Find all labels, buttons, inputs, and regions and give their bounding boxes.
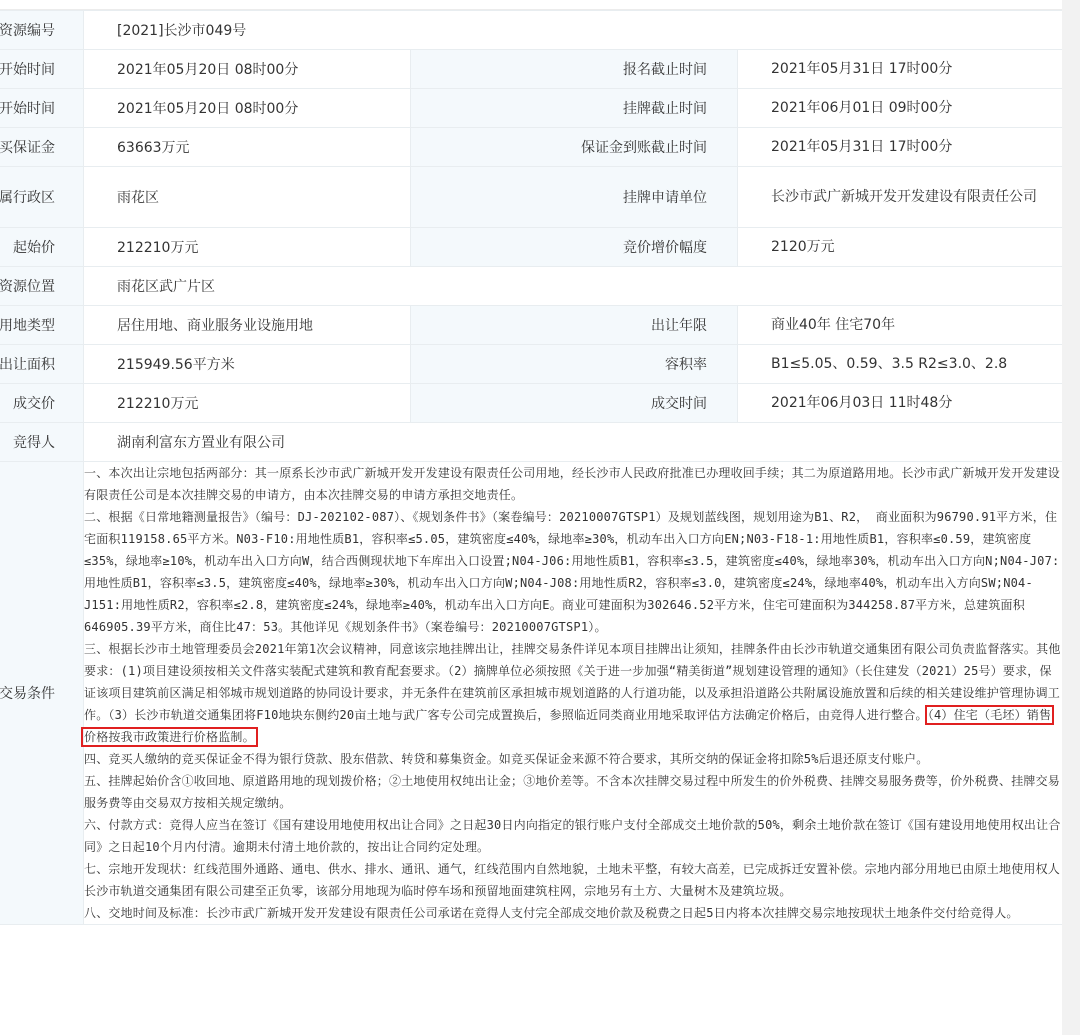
- condition-1: 一、本次出让宗地包括两部分：其一原系长沙市武广新城开发开发建设有限责任公司用地，…: [84, 462, 1062, 506]
- label-far: 容积率: [411, 345, 738, 384]
- label-deposit-deadline: 保证金到账截止时间: [411, 128, 738, 167]
- value-district: 雨花区: [84, 167, 411, 228]
- value-bid-deadline: 2021年05月31日 17时00分: [738, 50, 1063, 89]
- row-bid-start: 开始时间 2021年05月20日 08时00分 报名截止时间 2021年05月3…: [0, 50, 1063, 89]
- row-start-price: 起始价 212210万元 竞价增价幅度 2120万元: [0, 228, 1063, 267]
- condition-2: 二、根据《日常地籍测量报告》（编号：DJ-202102-087）、《规划条件书》…: [84, 506, 1062, 638]
- label-increment: 竞价增价幅度: [411, 228, 738, 267]
- label-list-start: 开始时间: [0, 89, 84, 128]
- scrollbar[interactable]: [1062, 0, 1080, 1035]
- label-location: 资源位置: [0, 267, 84, 306]
- value-winner: 湖南利富东方置业有限公司: [84, 423, 1063, 462]
- condition-3-text: 三、根据长沙市土地管理委员会2021年第1次会议精神，同意该宗地挂牌出让，挂牌交…: [84, 642, 1061, 722]
- label-area: 出让面积: [0, 345, 84, 384]
- condition-7: 七、宗地开发现状：红线范围外通路、通电、供水、排水、通讯、通气，红线范围内自然地…: [84, 858, 1062, 902]
- label-term: 出让年限: [411, 306, 738, 345]
- conditions-text: 一、本次出让宗地包括两部分：其一原系长沙市武广新城开发开发建设有限责任公司用地，…: [84, 462, 1063, 925]
- row-deal-price: 成交价 212210万元 成交时间 2021年06月03日 11时48分: [0, 384, 1063, 423]
- value-deposit: 63663万元: [84, 128, 411, 167]
- label-deposit: 买保证金: [0, 128, 84, 167]
- value-deal-time: 2021年06月03日 11时48分: [738, 384, 1063, 423]
- label-winner: 竞得人: [0, 423, 84, 462]
- row-land-type: 用地类型 居住用地、商业服务业设施用地 出让年限 商业40年 住宅70年: [0, 306, 1063, 345]
- condition-6: 六、付款方式：竞得人应当在签订《国有建设用地使用权出让合同》之日起30日内向指定…: [84, 814, 1062, 858]
- row-resource-no: 资源编号 [2021]长沙市049号: [0, 11, 1063, 50]
- row-deposit: 买保证金 63663万元 保证金到账截止时间 2021年05月31日 17时00…: [0, 128, 1063, 167]
- label-deal-price: 成交价: [0, 384, 84, 423]
- value-bid-start: 2021年05月20日 08时00分: [84, 50, 411, 89]
- label-resource-no: 资源编号: [0, 11, 84, 50]
- condition-5: 五、挂牌起始价含①收回地、原道路用地的现划拨价格；②土地使用权纯出让金；③地价差…: [84, 770, 1062, 814]
- value-list-deadline: 2021年06月01日 09时00分: [738, 89, 1063, 128]
- label-land-type: 用地类型: [0, 306, 84, 345]
- value-term: 商业40年 住宅70年: [738, 306, 1063, 345]
- value-location: 雨花区武广片区: [84, 267, 1063, 306]
- value-land-type: 居住用地、商业服务业设施用地: [84, 306, 411, 345]
- label-applicant: 挂牌申请单位: [411, 167, 738, 228]
- row-area: 出让面积 215949.56平方米 容积率 B1≤5.05、0.59、3.5 R…: [0, 345, 1063, 384]
- label-bid-deadline: 报名截止时间: [411, 50, 738, 89]
- row-list-start: 开始时间 2021年05月20日 08时00分 挂牌截止时间 2021年06月0…: [0, 89, 1063, 128]
- condition-3: 三、根据长沙市土地管理委员会2021年第1次会议精神，同意该宗地挂牌出让，挂牌交…: [84, 638, 1062, 748]
- condition-8: 八、交地时间及标准：长沙市武广新城开发开发建设有限责任公司承诺在竞得人支付完全部…: [84, 902, 1062, 924]
- label-district: 属行政区: [0, 167, 84, 228]
- value-applicant: 长沙市武广新城开发开发建设有限责任公司: [738, 167, 1063, 228]
- row-winner: 竞得人 湖南利富东方置业有限公司: [0, 423, 1063, 462]
- row-conditions: 交易条件 一、本次出让宗地包括两部分：其一原系长沙市武广新城开发开发建设有限责任…: [0, 462, 1063, 925]
- land-info-table: 资源编号 [2021]长沙市049号 开始时间 2021年05月20日 08时0…: [0, 10, 1063, 925]
- label-conditions: 交易条件: [0, 462, 84, 925]
- label-list-deadline: 挂牌截止时间: [411, 89, 738, 128]
- value-resource-no: [2021]长沙市049号: [84, 11, 1063, 50]
- value-area: 215949.56平方米: [84, 345, 411, 384]
- value-start-price: 212210万元: [84, 228, 411, 267]
- value-deposit-deadline: 2021年05月31日 17时00分: [738, 128, 1063, 167]
- label-bid-start: 开始时间: [0, 50, 84, 89]
- label-start-price: 起始价: [0, 228, 84, 267]
- row-district: 属行政区 雨花区 挂牌申请单位 长沙市武广新城开发开发建设有限责任公司: [0, 167, 1063, 228]
- row-location: 资源位置 雨花区武广片区: [0, 267, 1063, 306]
- value-deal-price: 212210万元: [84, 384, 411, 423]
- value-list-start: 2021年05月20日 08时00分: [84, 89, 411, 128]
- condition-4: 四、竞买人缴纳的竞买保证金不得为银行贷款、股东借款、转贷和募集资金。如竞买保证金…: [84, 748, 1062, 770]
- value-increment: 2120万元: [738, 228, 1063, 267]
- top-strip: [0, 0, 1062, 10]
- value-far: B1≤5.05、0.59、3.5 R2≤3.0、2.8: [738, 345, 1063, 384]
- label-deal-time: 成交时间: [411, 384, 738, 423]
